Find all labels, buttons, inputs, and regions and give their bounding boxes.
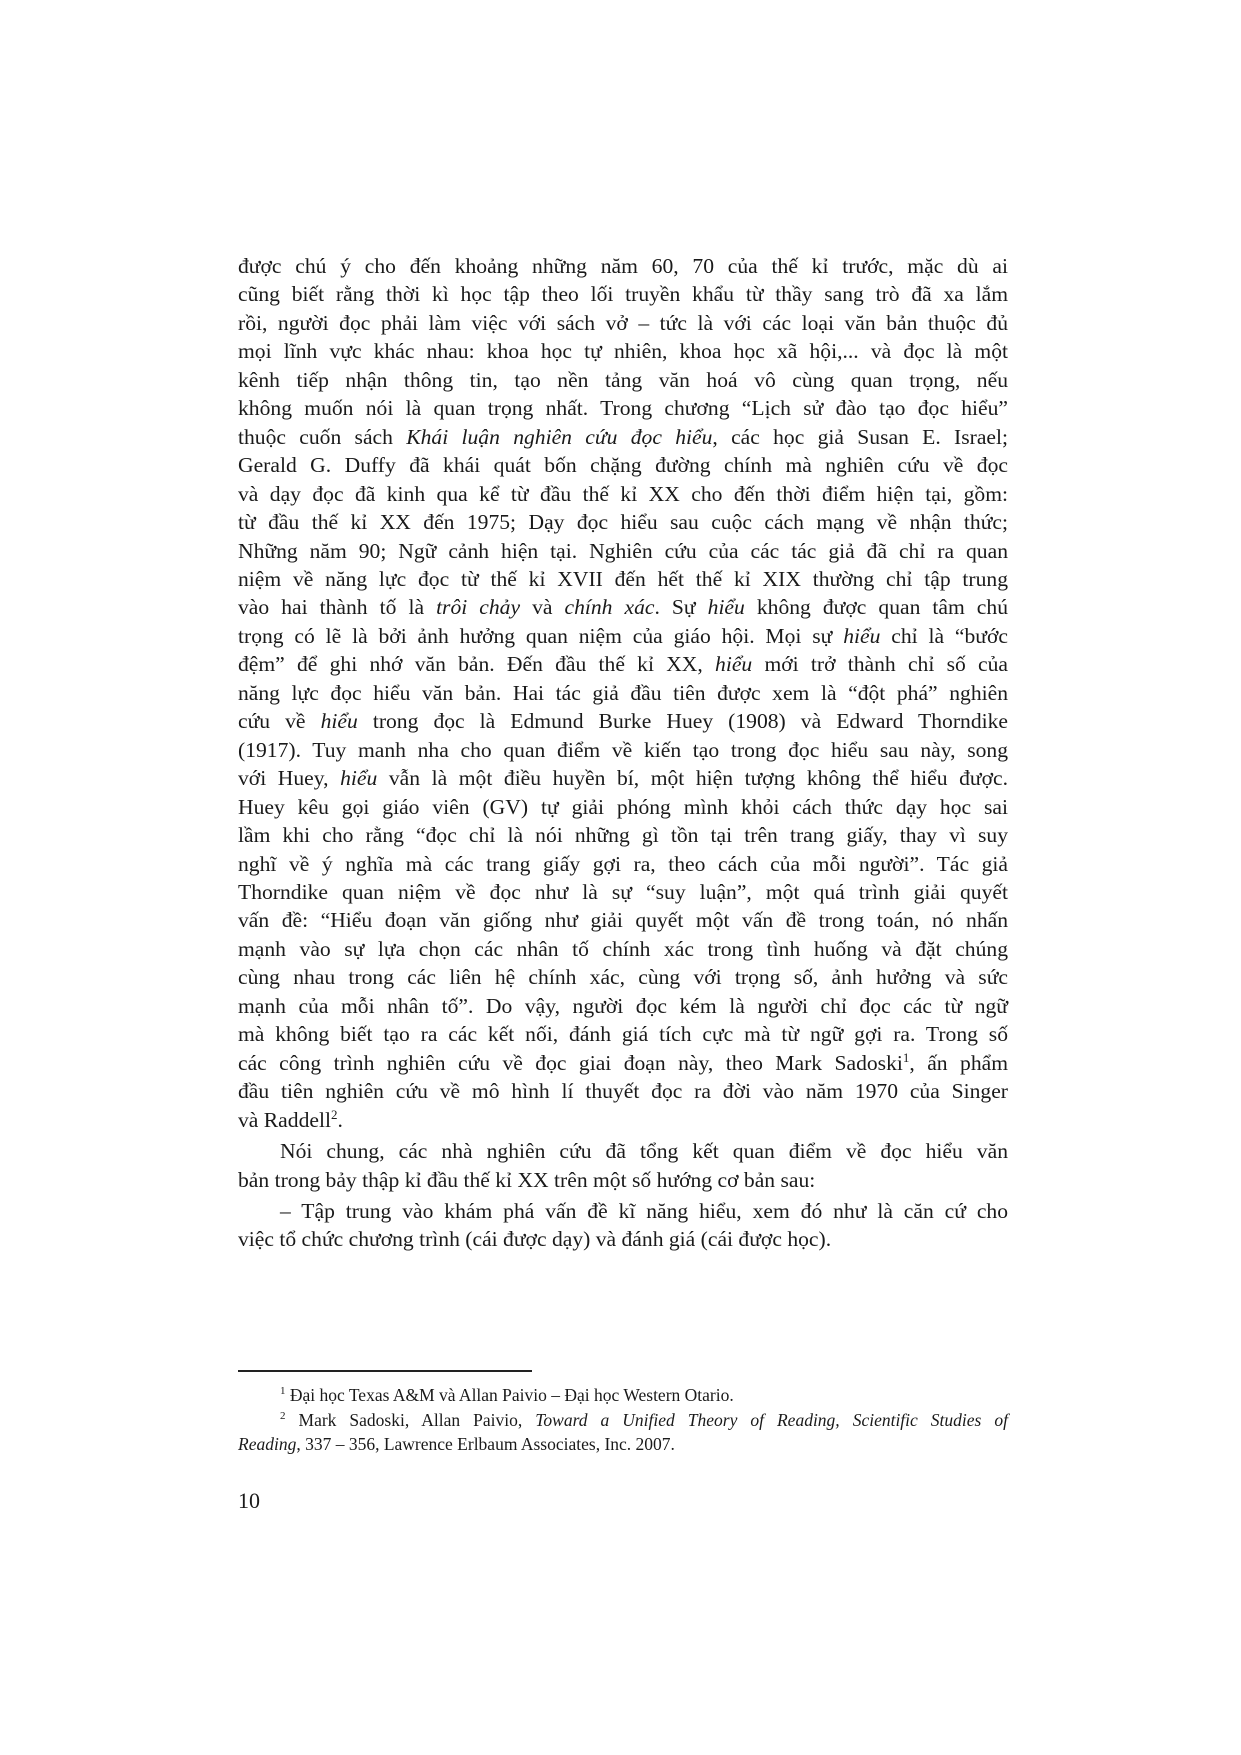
text-run: trong đọc là Edmund Burke Huey (1908) và… xyxy=(358,709,1008,733)
text-run: với Huey, xyxy=(238,766,340,790)
text-line: Huey kêu gọi giáo viên (GV) tự giải phón… xyxy=(238,793,1008,821)
footnote-text: Đại học Texas A&M và Allan Paivio – Đại … xyxy=(286,1385,734,1405)
footnote-2: 2 Mark Sadoski, Allan Paivio, Toward a U… xyxy=(238,1408,1008,1457)
text-run: thuộc cuốn sách xyxy=(238,425,406,449)
footnotes: 1 Đại học Texas A&M và Allan Paivio – Đạ… xyxy=(238,1383,1008,1457)
footnote-citation-title: Toward a Unified Theory of Reading, Scie… xyxy=(535,1410,1008,1430)
text-line: rồi, người đọc phải làm việc với sách vở… xyxy=(238,309,1008,337)
text-line: niệm về năng lực đọc từ thế kỉ XVII đến … xyxy=(238,565,1008,593)
text-line: lầm khi cho rằng “đọc chỉ là nói những g… xyxy=(238,821,1008,849)
emphasis: chính xác xyxy=(565,595,655,619)
text-line: đầu tiên nghiên cứu về mô hình lí thuyết… xyxy=(238,1077,1008,1105)
text-line: được chú ý cho đến khoảng những năm 60, … xyxy=(238,252,1008,280)
text-line: Nói chung, các nhà nghiên cứu đã tổng kế… xyxy=(238,1137,1008,1165)
paragraph-1: được chú ý cho đến khoảng những năm 60, … xyxy=(238,252,1008,1134)
paragraph-3: – Tập trung vào khám phá vấn đề kĩ năng … xyxy=(238,1197,1008,1254)
text-line: mà không biết tạo ra các kết nối, đánh g… xyxy=(238,1020,1008,1048)
text-line: cũng biết rằng thời kì học tập theo lối … xyxy=(238,280,1008,308)
page-number: 10 xyxy=(238,1488,260,1514)
text-run: chỉ là “bước xyxy=(880,624,1008,648)
text-line: vấn đề: “Hiểu đoạn văn giống như giải qu… xyxy=(238,906,1008,934)
text-run: và xyxy=(520,595,564,619)
body-text: được chú ý cho đến khoảng những năm 60, … xyxy=(238,252,1008,1254)
text-line: Thorndike quan niệm về đọc như là sự “su… xyxy=(238,878,1008,906)
text-run: đệm” để ghi nhớ văn bản. Đến đầu thế kỉ … xyxy=(238,652,715,676)
text-line: từ đầu thế kỉ XX đến 1975; Dạy đọc hiểu … xyxy=(238,508,1008,536)
text-line: các công trình nghiên cứu về đọc giai đo… xyxy=(238,1049,1008,1077)
text-line: kênh tiếp nhận thông tin, tạo nền tảng v… xyxy=(238,366,1008,394)
text-run: cứu về xyxy=(238,709,321,733)
emphasis: hiểu xyxy=(708,595,745,619)
text-run: các công trình nghiên cứu về đọc giai đo… xyxy=(238,1051,903,1075)
text-run: , ấn phẩm xyxy=(909,1051,1008,1075)
text-line: nghĩ về ý nghĩa mà các trang giấy gợi ra… xyxy=(238,850,1008,878)
text-line: với Huey, hiểu vẫn là một điều huyền bí,… xyxy=(238,764,1008,792)
text-run: không được quan tâm chú xyxy=(745,595,1008,619)
text-run: . xyxy=(337,1108,342,1132)
text-line: bản trong bảy thập kỉ đầu thế kỉ XX trên… xyxy=(238,1166,1008,1194)
text-line: đệm” để ghi nhớ văn bản. Đến đầu thế kỉ … xyxy=(238,650,1008,678)
book-title: Khái luận nghiên cứu đọc hiểu xyxy=(406,425,712,449)
footnote-line: Reading, 337 – 356, Lawrence Erlbaum Ass… xyxy=(238,1432,1008,1457)
text-line: cứu về hiểu trong đọc là Edmund Burke Hu… xyxy=(238,707,1008,735)
emphasis: hiểu xyxy=(715,652,752,676)
text-line: thuộc cuốn sách Khái luận nghiên cứu đọc… xyxy=(238,423,1008,451)
text-line: việc tổ chức chương trình (cái được dạy)… xyxy=(238,1225,1008,1253)
text-run: vào hai thành tố là xyxy=(238,595,436,619)
text-run: mới trở thành chỉ số của xyxy=(752,652,1008,676)
text-line: – Tập trung vào khám phá vấn đề kĩ năng … xyxy=(238,1197,1008,1225)
text-line: Những năm 90; Ngữ cảnh hiện tại. Nghiên … xyxy=(238,537,1008,565)
emphasis: trôi chảy xyxy=(436,595,520,619)
text-line: và dạy đọc đã kinh qua kể từ đầu thế kỉ … xyxy=(238,480,1008,508)
text-run: trọng có lẽ là bởi ảnh hưởng quan niệm c… xyxy=(238,624,843,648)
text-run: , các học giả Susan E. Israel; xyxy=(712,425,1008,449)
footnote-line: 2 Mark Sadoski, Allan Paivio, Toward a U… xyxy=(238,1408,1008,1433)
emphasis: hiểu xyxy=(843,624,880,648)
footnote-citation-title: Reading xyxy=(238,1434,296,1454)
text-line: mọi lĩnh vực khác nhau: khoa học tự nhiê… xyxy=(238,337,1008,365)
text-line: và Raddell2. xyxy=(238,1106,1008,1134)
text-line: vào hai thành tố là trôi chảy và chính x… xyxy=(238,593,1008,621)
text-line: cùng nhau trong các liên hệ chính xác, c… xyxy=(238,963,1008,991)
text-run: . Sự xyxy=(654,595,707,619)
emphasis: hiểu xyxy=(340,766,377,790)
footnote-1: 1 Đại học Texas A&M và Allan Paivio – Đạ… xyxy=(238,1383,1008,1408)
footnote-text: , 337 – 356, Lawrence Erlbaum Associates… xyxy=(296,1434,675,1454)
footnote-separator xyxy=(238,1370,532,1372)
text-line: (1917). Tuy manh nha cho quan điểm về ki… xyxy=(238,736,1008,764)
emphasis: hiểu xyxy=(321,709,358,733)
text-line: mạnh vào sự lựa chọn các nhân tố chính x… xyxy=(238,935,1008,963)
text-line: năng lực đọc hiểu văn bản. Hai tác giả đ… xyxy=(238,679,1008,707)
text-line: Gerald G. Duffy đã khái quát bốn chặng đ… xyxy=(238,451,1008,479)
footnote-line: 1 Đại học Texas A&M và Allan Paivio – Đạ… xyxy=(238,1383,1008,1408)
text-line: mạnh của mỗi nhân tố”. Do vậy, người đọc… xyxy=(238,992,1008,1020)
text-line: không muốn nói là quan trọng nhất. Trong… xyxy=(238,394,1008,422)
text-run: vẫn là một điều huyền bí, một hiện tượng… xyxy=(377,766,1008,790)
paragraph-2: Nói chung, các nhà nghiên cứu đã tổng kế… xyxy=(238,1137,1008,1194)
text-line: trọng có lẽ là bởi ảnh hưởng quan niệm c… xyxy=(238,622,1008,650)
footnote-text: Mark Sadoski, Allan Paivio, xyxy=(286,1410,536,1430)
page-body: được chú ý cho đến khoảng những năm 60, … xyxy=(238,252,1008,1254)
text-run: và Raddell xyxy=(238,1108,331,1132)
